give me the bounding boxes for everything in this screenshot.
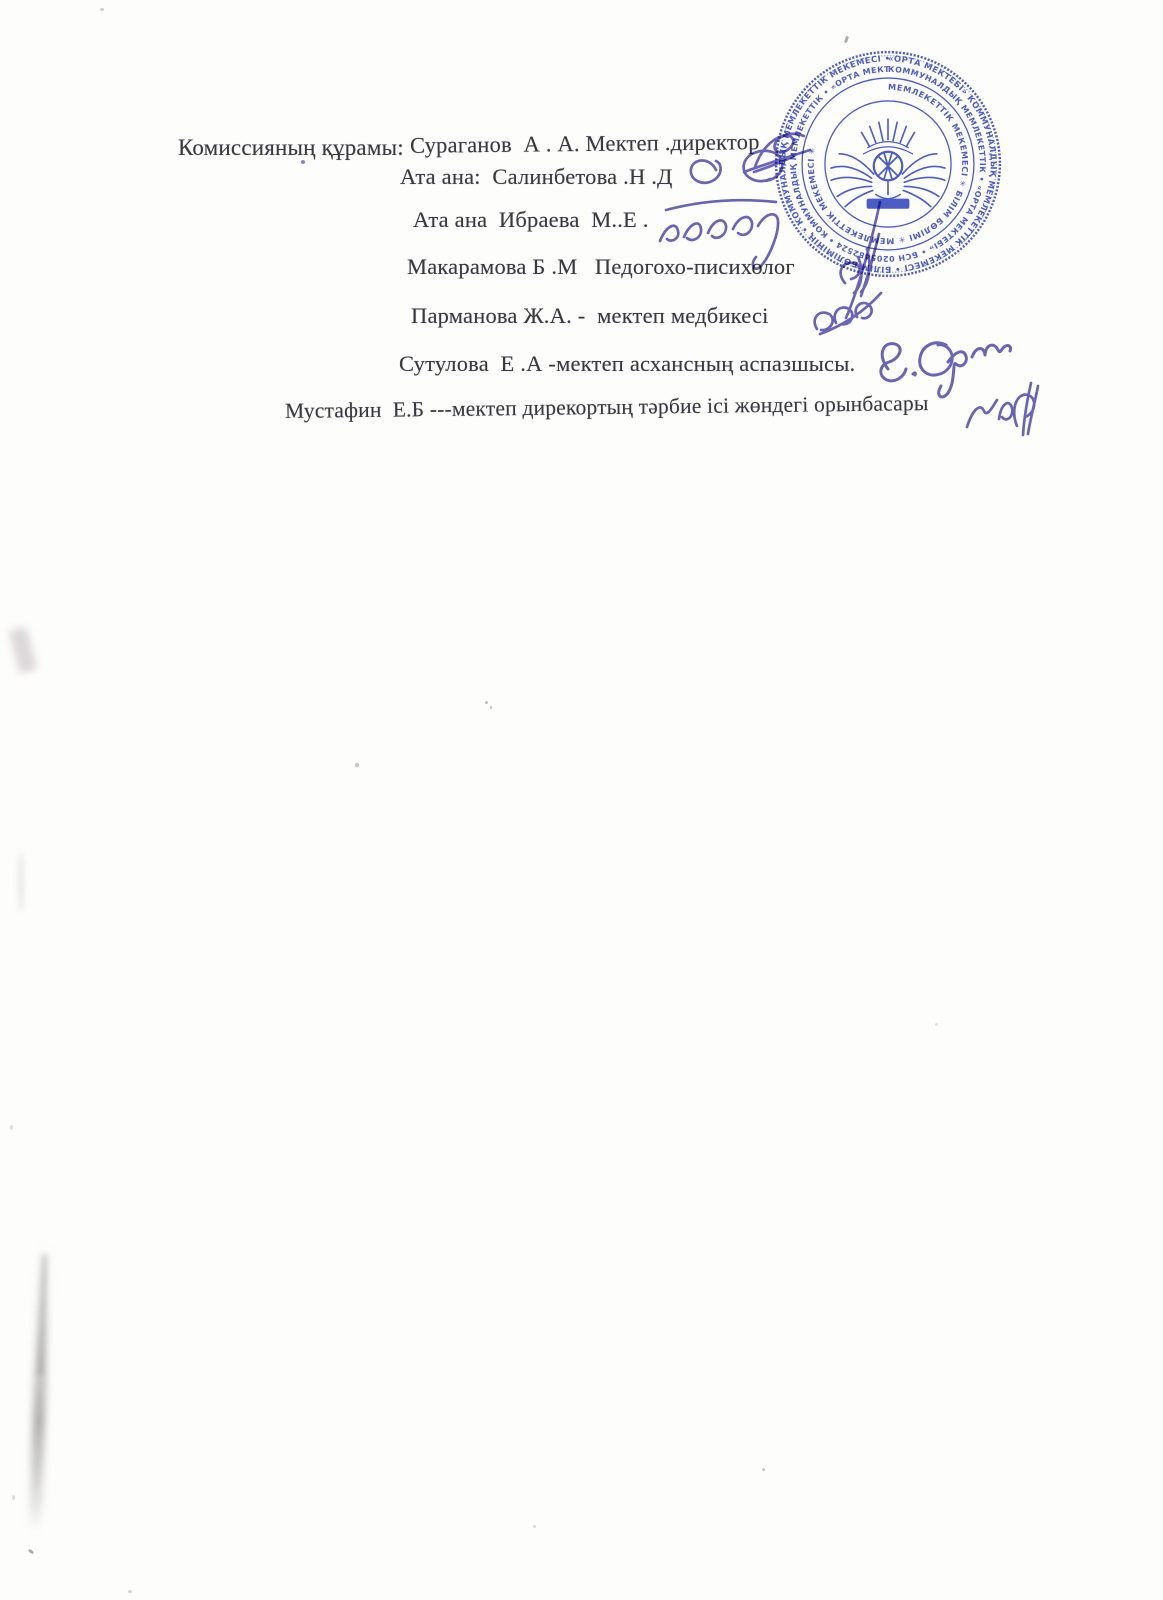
scanned-document-page: Комиссияның құрамы: Сураганов А . А. Мек… xyxy=(0,0,1163,1600)
signature-deputy-mustafin xyxy=(967,383,1038,435)
scan-speck xyxy=(485,701,488,704)
scan-speck xyxy=(128,1590,132,1593)
scan-speck xyxy=(844,36,849,44)
scan-speck xyxy=(490,706,492,709)
member-line-cook: Сутулова Е .А -мектеп асхансның аспазшыс… xyxy=(399,351,855,377)
scan-speck xyxy=(12,1495,15,1500)
kazakhstan-emblem-icon xyxy=(831,119,945,209)
scan-speck xyxy=(10,1125,13,1130)
emblem-banner-text: ҚАЗАҚСТАН xyxy=(869,203,908,209)
scan-speck xyxy=(28,1548,35,1554)
signature-nurse-parmanova xyxy=(815,293,881,334)
signature-cook-sutulova xyxy=(881,343,1011,397)
scan-speck xyxy=(100,8,104,11)
member-line-parent-2: Ата ана Ибраева М..Е . xyxy=(413,207,649,233)
member-line-parent-1: Ата ана: Салинбетова .Н .Д xyxy=(400,164,673,190)
official-round-stamp: «ОРТА МЕКТЕБІ» КОММУНАЛДЫҚ МЕМЛЕКЕТТІК М… xyxy=(770,46,1006,282)
scan-speck xyxy=(533,1525,536,1528)
scan-speck xyxy=(762,1468,765,1471)
scan-smudge xyxy=(18,852,24,912)
member-line-deputy: Мустафин Е.Б ---мектеп дирекортың тәрбие… xyxy=(285,391,929,424)
scan-speck xyxy=(355,763,359,767)
scan-speck xyxy=(935,1023,938,1026)
commission-heading: Комиссияның құрамы: xyxy=(178,135,404,161)
member-line-director: Сураганов А . А. Мектеп .директор xyxy=(410,129,760,159)
scan-smudge xyxy=(9,626,38,673)
emblem-sun-rays xyxy=(862,119,915,146)
member-line-psychologist: Макарамова Б .М Педогохо-писихолог xyxy=(407,254,795,280)
member-line-nurse: Парманова Ж.А. - мектеп медбикесі xyxy=(411,303,769,329)
